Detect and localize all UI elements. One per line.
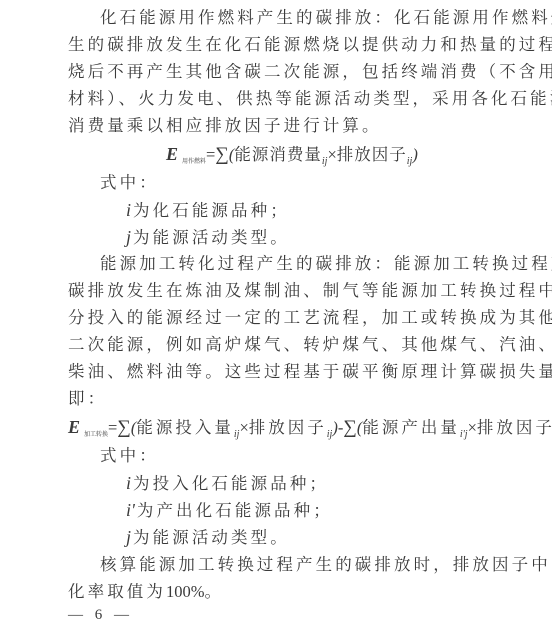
formula-lhs-subscript: 加工转换 [84, 431, 108, 438]
formula-equals: = [206, 145, 215, 164]
where-label: 式中： [100, 173, 524, 193]
definition-item: i为化石能源品种； [126, 200, 550, 221]
sigma-symbol: ∑ [343, 417, 357, 438]
formula-times: × [468, 418, 477, 437]
formula-term: 排放因子 [477, 418, 552, 437]
formula-paren: ) [412, 145, 418, 164]
definition-text: 为能源活动类型。 [133, 228, 290, 247]
formula-term: 能源投入量 [136, 418, 234, 437]
definition-text: 为投入化石能源品种； [133, 474, 329, 493]
text: 。 [205, 582, 225, 601]
sigma-symbol: ∑ [117, 417, 131, 438]
paragraph-line: 消费量乘以相应排放因子进行计算。 [68, 116, 492, 136]
sigma-symbol: ∑ [215, 144, 229, 165]
formula-lhs: E [68, 417, 80, 437]
variable: i' [126, 500, 135, 520]
variable: j [126, 227, 131, 247]
formula-term: 能源产出量 [362, 418, 460, 437]
variable: i [126, 200, 131, 220]
paragraph-line: 生的碳排放发生在化石能源燃烧以提供动力和热量的过程中，燃 [68, 35, 492, 55]
formula-lhs-subscript: 用作燃料 [182, 158, 206, 165]
formula-term: 能源消费量 [234, 145, 322, 164]
definition-text: 为化石能源品种； [133, 201, 290, 220]
definition-item: j为能源活动类型。 [126, 227, 550, 248]
definition-item: i'为产出化石能源品种； [126, 500, 550, 521]
paragraph-line: 材料）、火力发电、供热等能源活动类型，采用各化石能源品种 [68, 89, 492, 109]
formula-term: 排放因子 [337, 145, 407, 164]
paragraph-line: 核算能源加工转换过程产生的碳排放时，排放因子中的碳氧 [100, 555, 524, 575]
formula-subscript: i'j [460, 429, 468, 440]
paragraph-line: 碳排放发生在炼油及煤制油、制气等能源加工转换过程中，这部 [68, 281, 492, 301]
formula-term: 排放因子 [249, 418, 327, 437]
percentage-value: 100% [166, 582, 205, 601]
definition-item: j为能源活动类型。 [126, 527, 550, 548]
paragraph-line: 能源加工转化过程产生的碳排放：能源加工转换过程产生的 [100, 254, 524, 274]
formula-times: × [239, 418, 248, 437]
definition-text: 为产出化石能源品种； [137, 501, 333, 520]
paragraph-line: 柴油、燃料油等。这些过程基于碳平衡原理计算碳损失量的排放， [68, 362, 492, 382]
paragraph-line: 化石能源用作燃料产生的碳排放：化石能源用作燃料燃烧产 [100, 8, 524, 28]
definition-text: 为能源活动类型。 [133, 528, 290, 547]
paragraph-line: 即： [68, 389, 492, 409]
variable: j [126, 527, 131, 547]
formula-lhs: E [166, 144, 178, 164]
where-label: 式中： [100, 446, 524, 466]
paragraph-line: 分投入的能源经过一定的工艺流程，加工或转换成为其他的含碳 [68, 308, 492, 328]
text: 化率取值为 [68, 582, 166, 601]
page-number: — 6 — [68, 607, 133, 624]
variable: i [126, 473, 131, 493]
document-page: 化石能源用作燃料产生的碳排放：化石能源用作燃料燃烧产 生的碳排放发生在化石能源燃… [0, 0, 552, 631]
formula-equals: = [108, 418, 117, 437]
paragraph-line: 二次能源，例如高炉煤气、转炉煤气、其他煤气、汽油、煤油、 [68, 335, 492, 355]
formula-processing-conversion: E加工转换=∑(能源投入量ij×排放因子ij)-∑(能源产出量i'j×排放因子i… [68, 416, 552, 446]
paragraph-line: 化率取值为100%。 [68, 582, 492, 602]
paragraph-line: 烧后不再产生其他含碳二次能源，包括终端消费（不含用作原料、 [68, 62, 492, 82]
formula-fuel-combustion: E用作燃料=∑(能源消费量ij×排放因子ij) [166, 143, 418, 173]
definition-item: i为投入化石能源品种； [126, 473, 550, 494]
formula-times: × [327, 145, 336, 164]
